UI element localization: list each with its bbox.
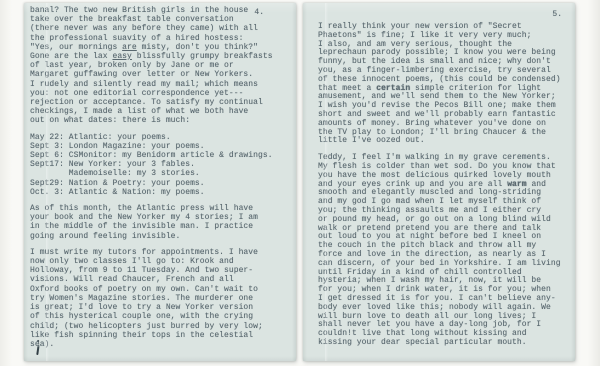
page-number: 4.: [254, 8, 264, 17]
page-paragraph: Teddy, I feel I'm walking in my grave ce…: [318, 154, 571, 348]
page-paragraph: I must write my tutors for appointments.…: [30, 248, 292, 349]
page-paragraph: As of this month, the Atlantic press wil…: [30, 204, 292, 241]
page-paragraph: banal? The two new British girls in the …: [30, 6, 292, 126]
scanned-letter: 4. banal? The two new British girls in t…: [0, 0, 600, 366]
page-number: 5.: [552, 10, 562, 19]
letter-page-4: 4. banal? The two new British girls in t…: [24, 3, 296, 361]
ink-mark: [36, 344, 40, 355]
letter-page-5: 5. I really think your new version of "S…: [303, 3, 575, 361]
submission-list: May 22: Atlantic: your poems. Sept 3: Lo…: [30, 133, 292, 197]
page-paragraph: I really think your new version of "Secr…: [318, 23, 571, 146]
